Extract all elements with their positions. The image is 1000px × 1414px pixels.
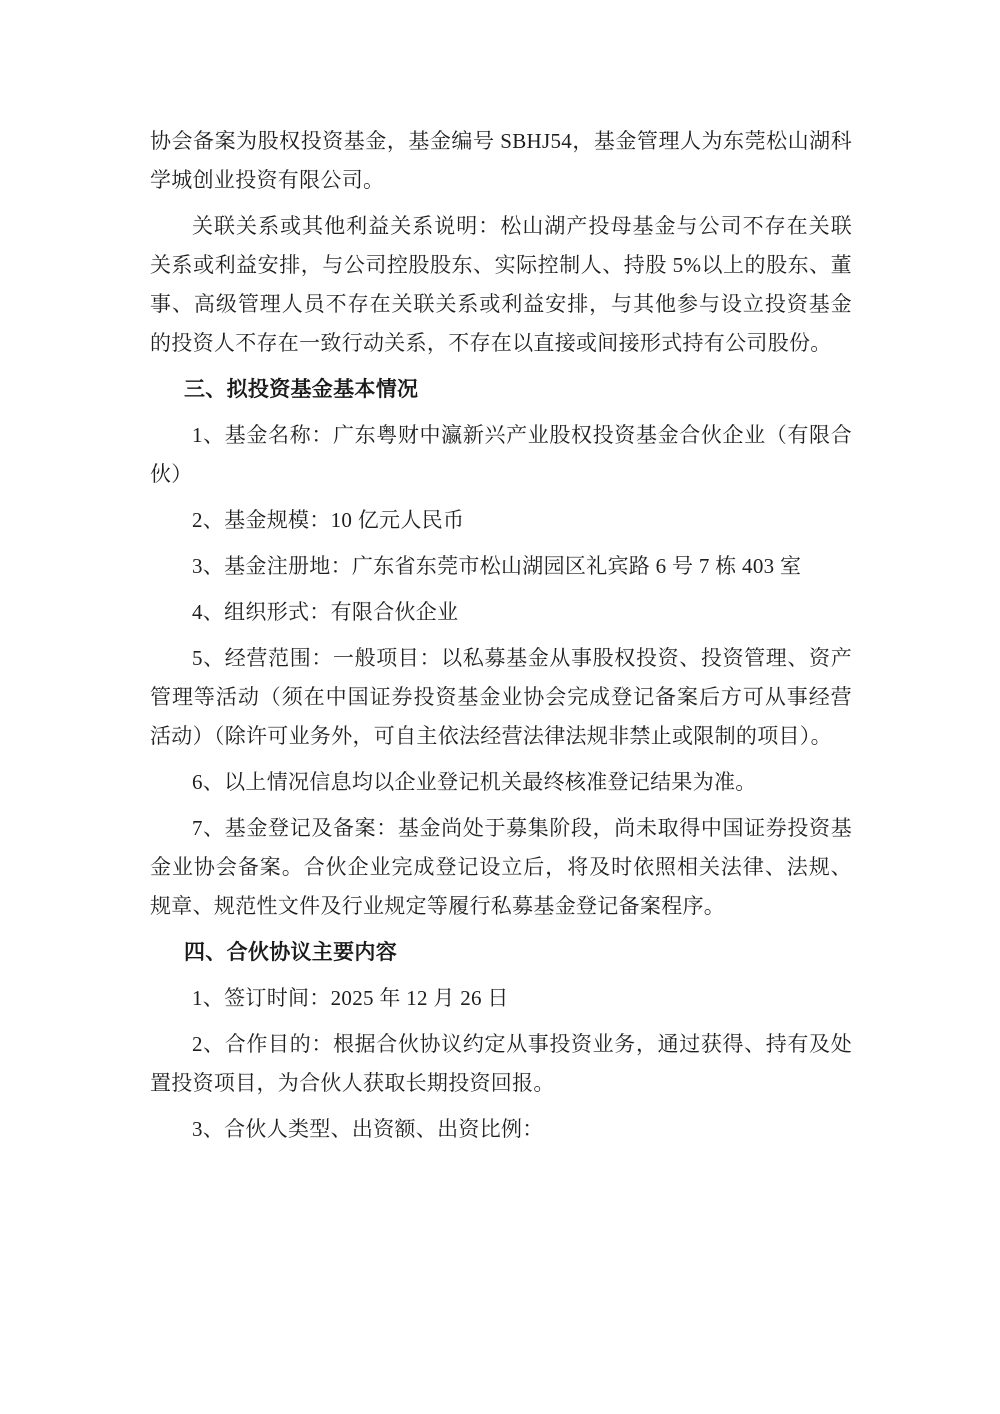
item-2-cooperation-purpose: 2、合作目的：根据合伙协议约定从事投资业务，通过获得、持有及处置投资项目，为合伙…	[150, 1025, 852, 1103]
paragraph-fund-filing-continuation: 协会备案为股权投资基金，基金编号 SBHJ54，基金管理人为东莞松山湖科学城创业…	[150, 122, 852, 200]
item-3-partner-types-contributions: 3、合伙人类型、出资额、出资比例：	[150, 1110, 852, 1149]
document-page: 协会备案为股权投资基金，基金编号 SBHJ54，基金管理人为东莞松山湖科学城创业…	[0, 0, 1000, 1414]
item-4-organization-form: 4、组织形式：有限合伙企业	[150, 593, 852, 632]
section-heading-4-partnership-agreement: 四、合伙协议主要内容	[150, 933, 852, 972]
document-text-body: 协会备案为股权投资基金，基金编号 SBHJ54，基金管理人为东莞松山湖科学城创业…	[150, 115, 852, 1156]
item-7-fund-registration-filing: 7、基金登记及备案：基金尚处于募集阶段，尚未取得中国证券投资基金业协会备案。合伙…	[150, 809, 852, 926]
item-3-fund-registered-address: 3、基金注册地：广东省东莞市松山湖园区礼宾路 6 号 7 栋 403 室	[150, 547, 852, 586]
item-5-business-scope: 5、经营范围：一般项目：以私募基金从事股权投资、投资管理、资产管理等活动（须在中…	[150, 639, 852, 756]
item-1-fund-name: 1、基金名称：广东粤财中瀛新兴产业股权投资基金合伙企业（有限合伙）	[150, 416, 852, 494]
item-6-registration-disclaimer: 6、以上情况信息均以企业登记机关最终核准登记结果为准。	[150, 763, 852, 802]
item-1-signing-date: 1、签订时间：2025 年 12 月 26 日	[150, 979, 852, 1018]
paragraph-affiliation-statement: 关联关系或其他利益关系说明：松山湖产投母基金与公司不存在关联关系或利益安排，与公…	[150, 207, 852, 363]
item-2-fund-size: 2、基金规模：10 亿元人民币	[150, 501, 852, 540]
section-heading-3-fund-basic-info: 三、拟投资基金基本情况	[150, 370, 852, 409]
